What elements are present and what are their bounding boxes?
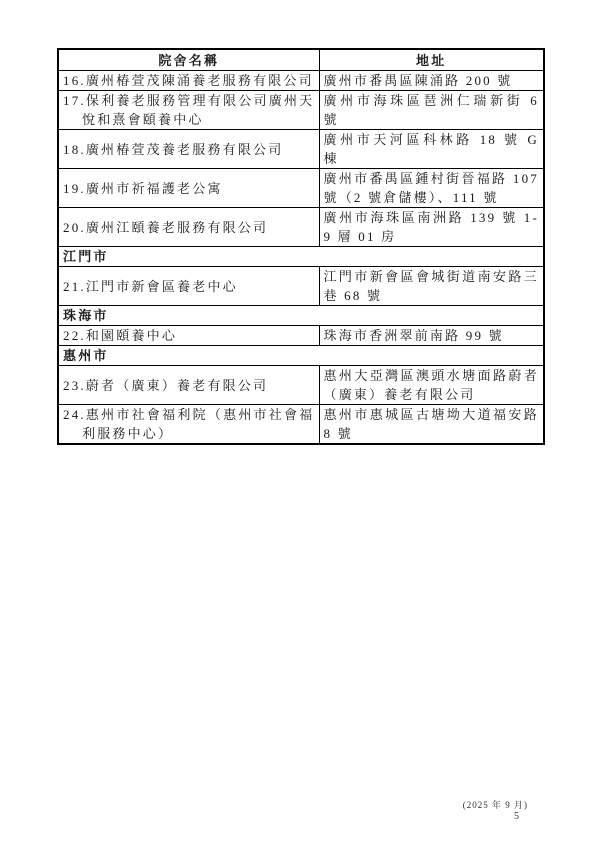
table-row: 17.保利養老服務管理有限公司廣州天悅和熹會頤養中心 廣州市海珠區琶洲仁瑞新街 … <box>58 91 544 130</box>
facility-name-cell: 19.廣州市祈福護老公寓 <box>58 169 319 208</box>
facility-name-cell: 18.廣州椿萱茂養老服務有限公司 <box>58 130 319 169</box>
facility-name-cell: 21.江門市新會區養老中心 <box>58 267 319 306</box>
table-row: 19.廣州市祈福護老公寓 廣州市番禺區鍾村街晉福路 107 號（2 號倉儲樓）、… <box>58 169 544 208</box>
address-cell: 廣州市海珠區南洲路 139 號 1-9 層 01 房 <box>319 208 544 247</box>
facility-table: 院舍名稱 地址 16.廣州椿萱茂陳涌養老服務有限公司 廣州市番禺區陳涌路 200… <box>57 48 545 445</box>
table-row: 24.惠州市社會福利院（惠州市社會福利服務中心） 惠州市惠城區古塘坳大道福安路 … <box>58 405 544 445</box>
table-header-row: 院舍名稱 地址 <box>58 49 544 71</box>
document-page: 院舍名稱 地址 16.廣州椿萱茂陳涌養老服務有限公司 廣州市番禺區陳涌路 200… <box>0 0 600 853</box>
section-label: 惠州市 <box>58 346 544 366</box>
table-row: 21.江門市新會區養老中心 江門市新會區會城街道南安路三巷 68 號 <box>58 267 544 306</box>
section-label: 珠海市 <box>58 306 544 326</box>
header-address: 地址 <box>319 49 544 71</box>
facility-name-cell: 20.廣州江頤養老服務有限公司 <box>58 208 319 247</box>
facility-name-cell: 23.蔚者（廣東）養老有限公司 <box>58 366 319 405</box>
table-row: 22.和園頤養中心 珠海市香洲翠前南路 99 號 <box>58 326 544 346</box>
facility-name-cell: 17.保利養老服務管理有限公司廣州天悅和熹會頤養中心 <box>58 91 319 130</box>
section-row-zhuhai: 珠海市 <box>58 306 544 326</box>
address-cell: 江門市新會區會城街道南安路三巷 68 號 <box>319 267 544 306</box>
address-cell: 廣州市番禺區陳涌路 200 號 <box>319 71 544 91</box>
facility-name-cell: 16.廣州椿萱茂陳涌養老服務有限公司 <box>58 71 319 91</box>
table-row: 18.廣州椿萱茂養老服務有限公司 廣州市天河區科林路 18 號 G 棟 <box>58 130 544 169</box>
address-cell: 廣州市海珠區琶洲仁瑞新街 6 號 <box>319 91 544 130</box>
table-row: 23.蔚者（廣東）養老有限公司 惠州大亞灣區澳頭水塘面路蔚者（廣東）養老有限公司 <box>58 366 544 405</box>
footer-page-number: 5 <box>514 811 519 822</box>
facility-name-cell: 24.惠州市社會福利院（惠州市社會福利服務中心） <box>58 405 319 445</box>
section-label: 江門市 <box>58 247 544 267</box>
address-cell: 珠海市香洲翠前南路 99 號 <box>319 326 544 346</box>
facility-name-cell: 22.和園頤養中心 <box>58 326 319 346</box>
address-cell: 惠州大亞灣區澳頭水塘面路蔚者（廣東）養老有限公司 <box>319 366 544 405</box>
footer-date: (2025 年 9 月) <box>463 798 528 811</box>
table-row: 20.廣州江頤養老服務有限公司 廣州市海珠區南洲路 139 號 1-9 層 01… <box>58 208 544 247</box>
section-row-huizhou: 惠州市 <box>58 346 544 366</box>
header-facility-name: 院舍名稱 <box>58 49 319 71</box>
address-cell: 廣州市天河區科林路 18 號 G 棟 <box>319 130 544 169</box>
address-cell: 廣州市番禺區鍾村街晉福路 107 號（2 號倉儲樓）、111 號 <box>319 169 544 208</box>
address-cell: 惠州市惠城區古塘坳大道福安路 8 號 <box>319 405 544 445</box>
section-row-jiangmen: 江門市 <box>58 247 544 267</box>
table-row: 16.廣州椿萱茂陳涌養老服務有限公司 廣州市番禺區陳涌路 200 號 <box>58 71 544 91</box>
